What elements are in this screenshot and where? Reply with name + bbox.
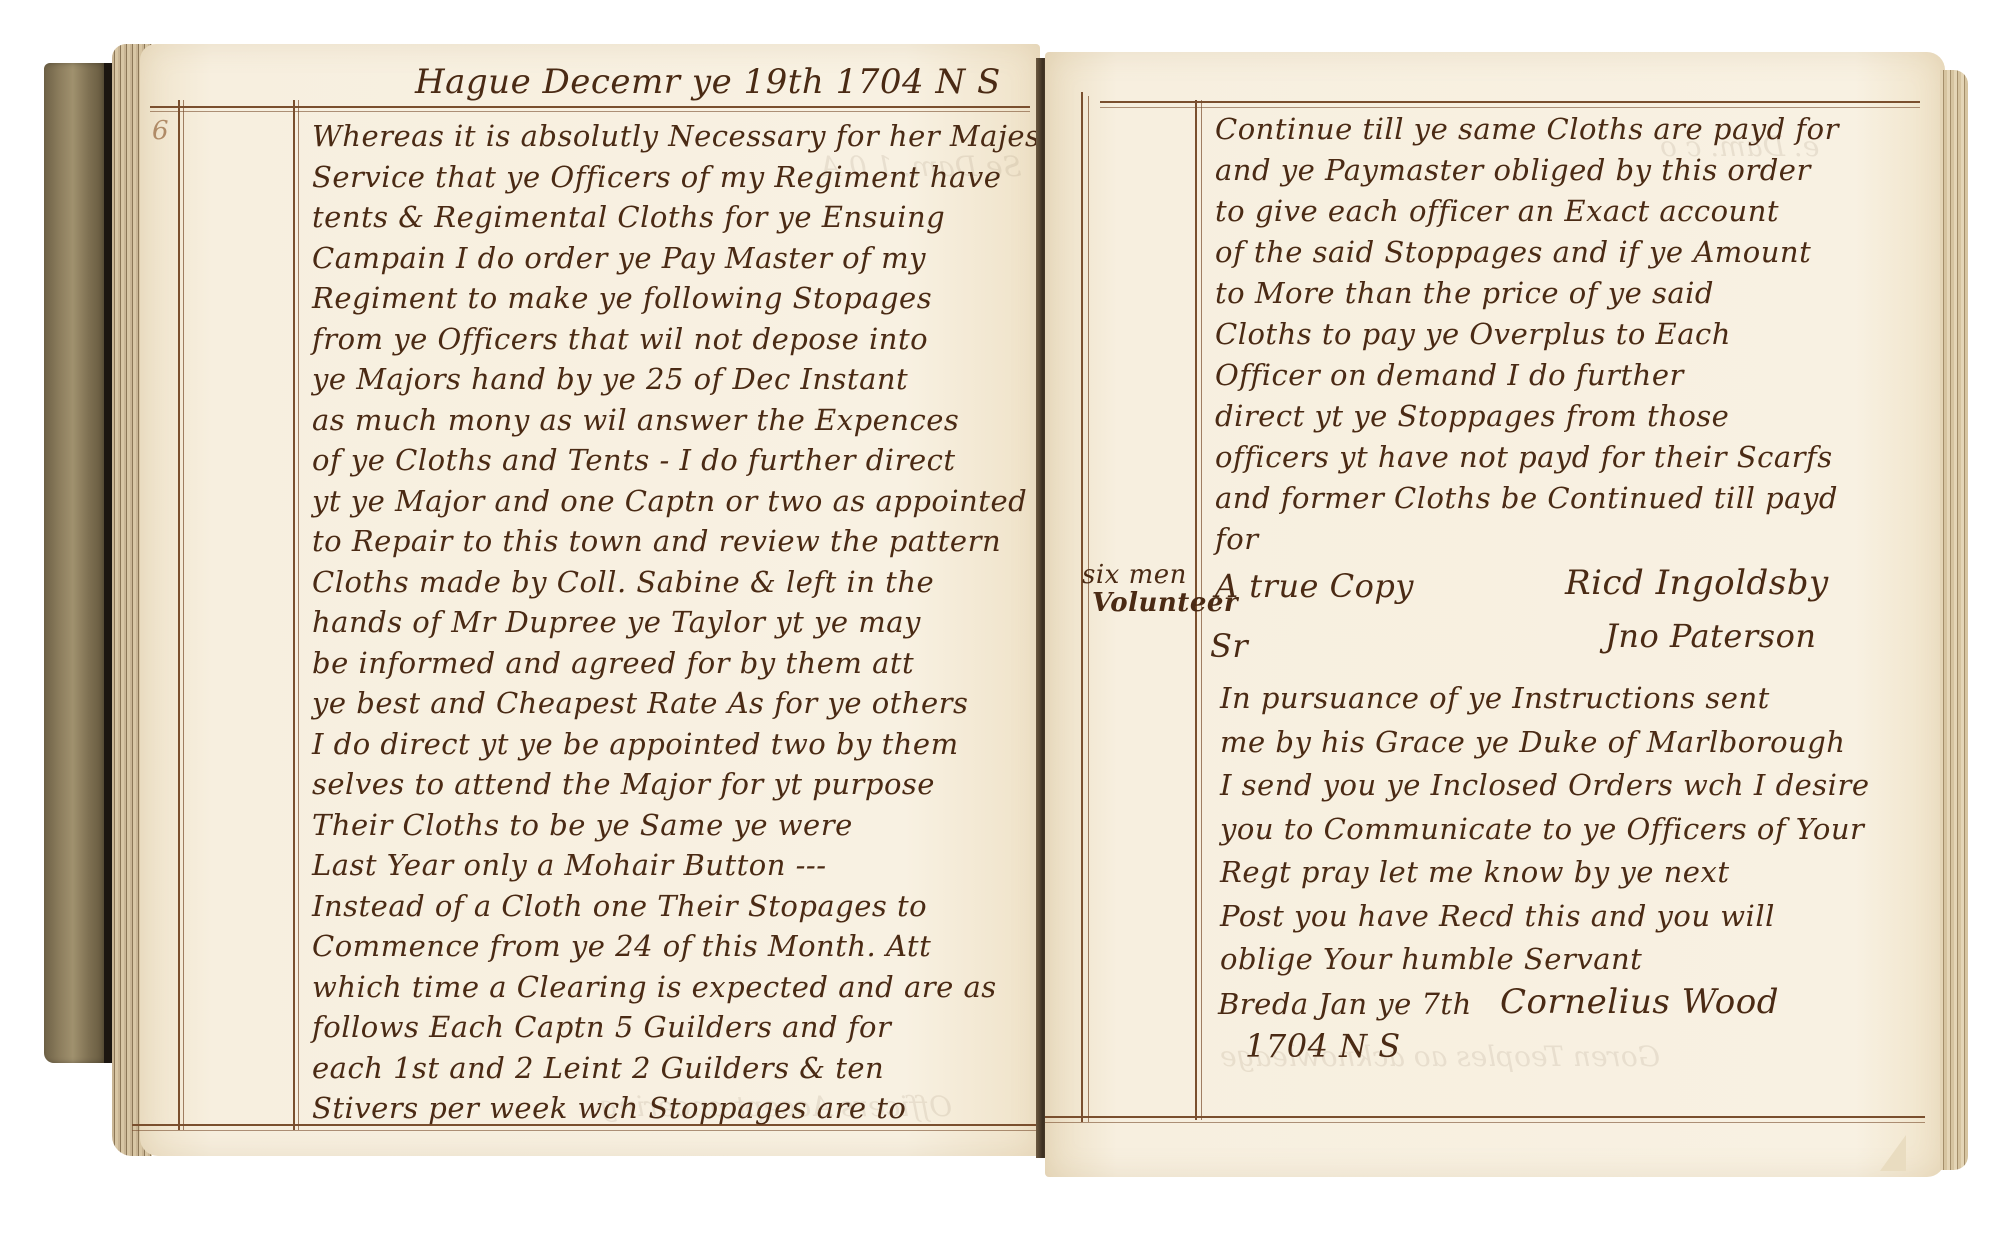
left-page-line: of ye Cloths and Tents - I do further di… <box>312 446 956 475</box>
right-page-line: Officer on demand I do further <box>1215 361 1684 390</box>
left-page-line: tents & Regimental Cloths for ye Ensuing <box>312 203 945 232</box>
signatory-ingoldsby: Ricd Ingoldsby <box>1565 566 1829 600</box>
letter-line: oblige Your humble Servant <box>1220 945 1642 974</box>
right-page-line: Continue till ye same Cloths are payd fo… <box>1215 115 1839 144</box>
right-top-rule-2 <box>1100 107 1920 108</box>
left-page-line: yt ye Major and one Captn or two as appo… <box>312 487 1027 516</box>
place-date: Breda Jan ye 7th <box>1218 990 1472 1019</box>
right-page-line: officers yt have not payd for their Scar… <box>1215 443 1833 472</box>
left-page-line: Commence from ye 24 of this Month. Att <box>312 932 931 961</box>
right-page-line: and former Cloths be Continued till payd <box>1215 484 1838 513</box>
margin-note-line-1: six men <box>1082 560 1187 590</box>
left-text-rule-2 <box>298 100 299 1130</box>
left-margin-rule-2 <box>183 100 184 1130</box>
letter-line: Post you have Recd this and you will <box>1220 902 1775 931</box>
letter-line: me by his Grace ye Duke of Marlborough <box>1220 728 1845 757</box>
left-margin-rule-1 <box>178 100 180 1130</box>
left-text-rule-1 <box>293 100 295 1130</box>
left-page-line: Cloths made by Coll. Sabine & left in th… <box>312 568 934 597</box>
salutation: Sr <box>1210 630 1248 662</box>
left-top-rule <box>150 106 1030 108</box>
left-page-line: each 1st and 2 Leint 2 Guilders & ten <box>312 1054 884 1083</box>
left-page-line: Last Year only a Mohair Button --- <box>312 851 827 880</box>
left-page-line: as much mony as wil answer the Expences <box>312 406 959 435</box>
left-page-line: Whereas it is absolutly Necessary for he… <box>312 122 1069 151</box>
letter-line: Regt pray let me know by ye next <box>1220 858 1729 887</box>
left-page-line: Instead of a Cloth one Their Stopages to <box>312 892 927 921</box>
right-page-line: direct yt ye Stoppages from those <box>1215 402 1729 431</box>
attestation-label: A true Copy <box>1215 570 1414 602</box>
left-page-line: Regiment to make ye following Stopages <box>312 284 932 313</box>
signatory-paterson: Jno Paterson <box>1605 620 1816 652</box>
right-page-line: for <box>1215 525 1259 554</box>
left-page-line: follows Each Captn 5 Guilders and for <box>312 1013 891 1042</box>
left-page-line: which time a Clearing is expected and ar… <box>312 973 997 1002</box>
right-bottom-rule <box>1045 1116 1925 1118</box>
signature-cornelius-wood: Cornelius Wood <box>1500 985 1779 1019</box>
left-page-line: Stivers per week wch Stoppages are to <box>312 1094 906 1123</box>
left-page-line: from ye Officers that wil not depose int… <box>312 325 928 354</box>
year-ns: 1704 N S <box>1245 1030 1401 1062</box>
left-top-rule-2 <box>150 111 1030 112</box>
right-page-line: to More than the price of ye said <box>1215 279 1714 308</box>
left-page-line: hands of Mr Dupree ye Taylor yt ye may <box>312 608 921 637</box>
right-bottom-rule-2 <box>1045 1122 1925 1123</box>
letter-line: In pursuance of ye Instructions sent <box>1220 684 1770 713</box>
right-page-edges <box>1940 70 1968 1170</box>
right-page-line: Cloths to pay ye Overplus to Each <box>1215 320 1731 349</box>
left-page-header: Hague Decemr ye 19th 1704 N S <box>415 62 1001 102</box>
page-corner-fold <box>1880 1135 1906 1171</box>
left-page-line: Campain I do order ye Pay Master of my <box>312 244 926 273</box>
left-page-line: Their Cloths to be ye Same ye were <box>312 811 853 840</box>
letter-line: I send you ye Inclosed Orders wch I desi… <box>1220 771 1869 800</box>
right-margin-rule-2 <box>1088 96 1089 1122</box>
left-page-line: Service that ye Officers of my Regiment … <box>312 163 1001 192</box>
book-spine <box>44 63 108 1063</box>
right-top-rule <box>1100 101 1920 103</box>
left-page-line: selves to attend the Major for yt purpos… <box>312 770 935 799</box>
right-page-line: of the said Stoppages and if ye Amount <box>1215 238 1811 267</box>
left-page-line: be informed and agreed for by them att <box>312 649 914 678</box>
left-page-line: ye best and Cheapest Rate As for ye othe… <box>312 689 968 718</box>
left-page-line: ye Majors hand by ye 25 of Dec Instant <box>312 365 908 394</box>
folio-number: 6 <box>152 116 169 146</box>
letter-line: you to Communicate to ye Officers of You… <box>1220 815 1864 844</box>
right-page-line: to give each officer an Exact account <box>1215 197 1779 226</box>
left-page-line: I do direct yt ye be appointed two by th… <box>312 730 959 759</box>
right-margin-rule-1 <box>1081 92 1083 1122</box>
left-bottom-rule-2 <box>132 1130 1038 1131</box>
left-page-line: to Repair to this town and review the pa… <box>312 527 1001 556</box>
right-page-line: and ye Paymaster obliged by this order <box>1215 156 1811 185</box>
